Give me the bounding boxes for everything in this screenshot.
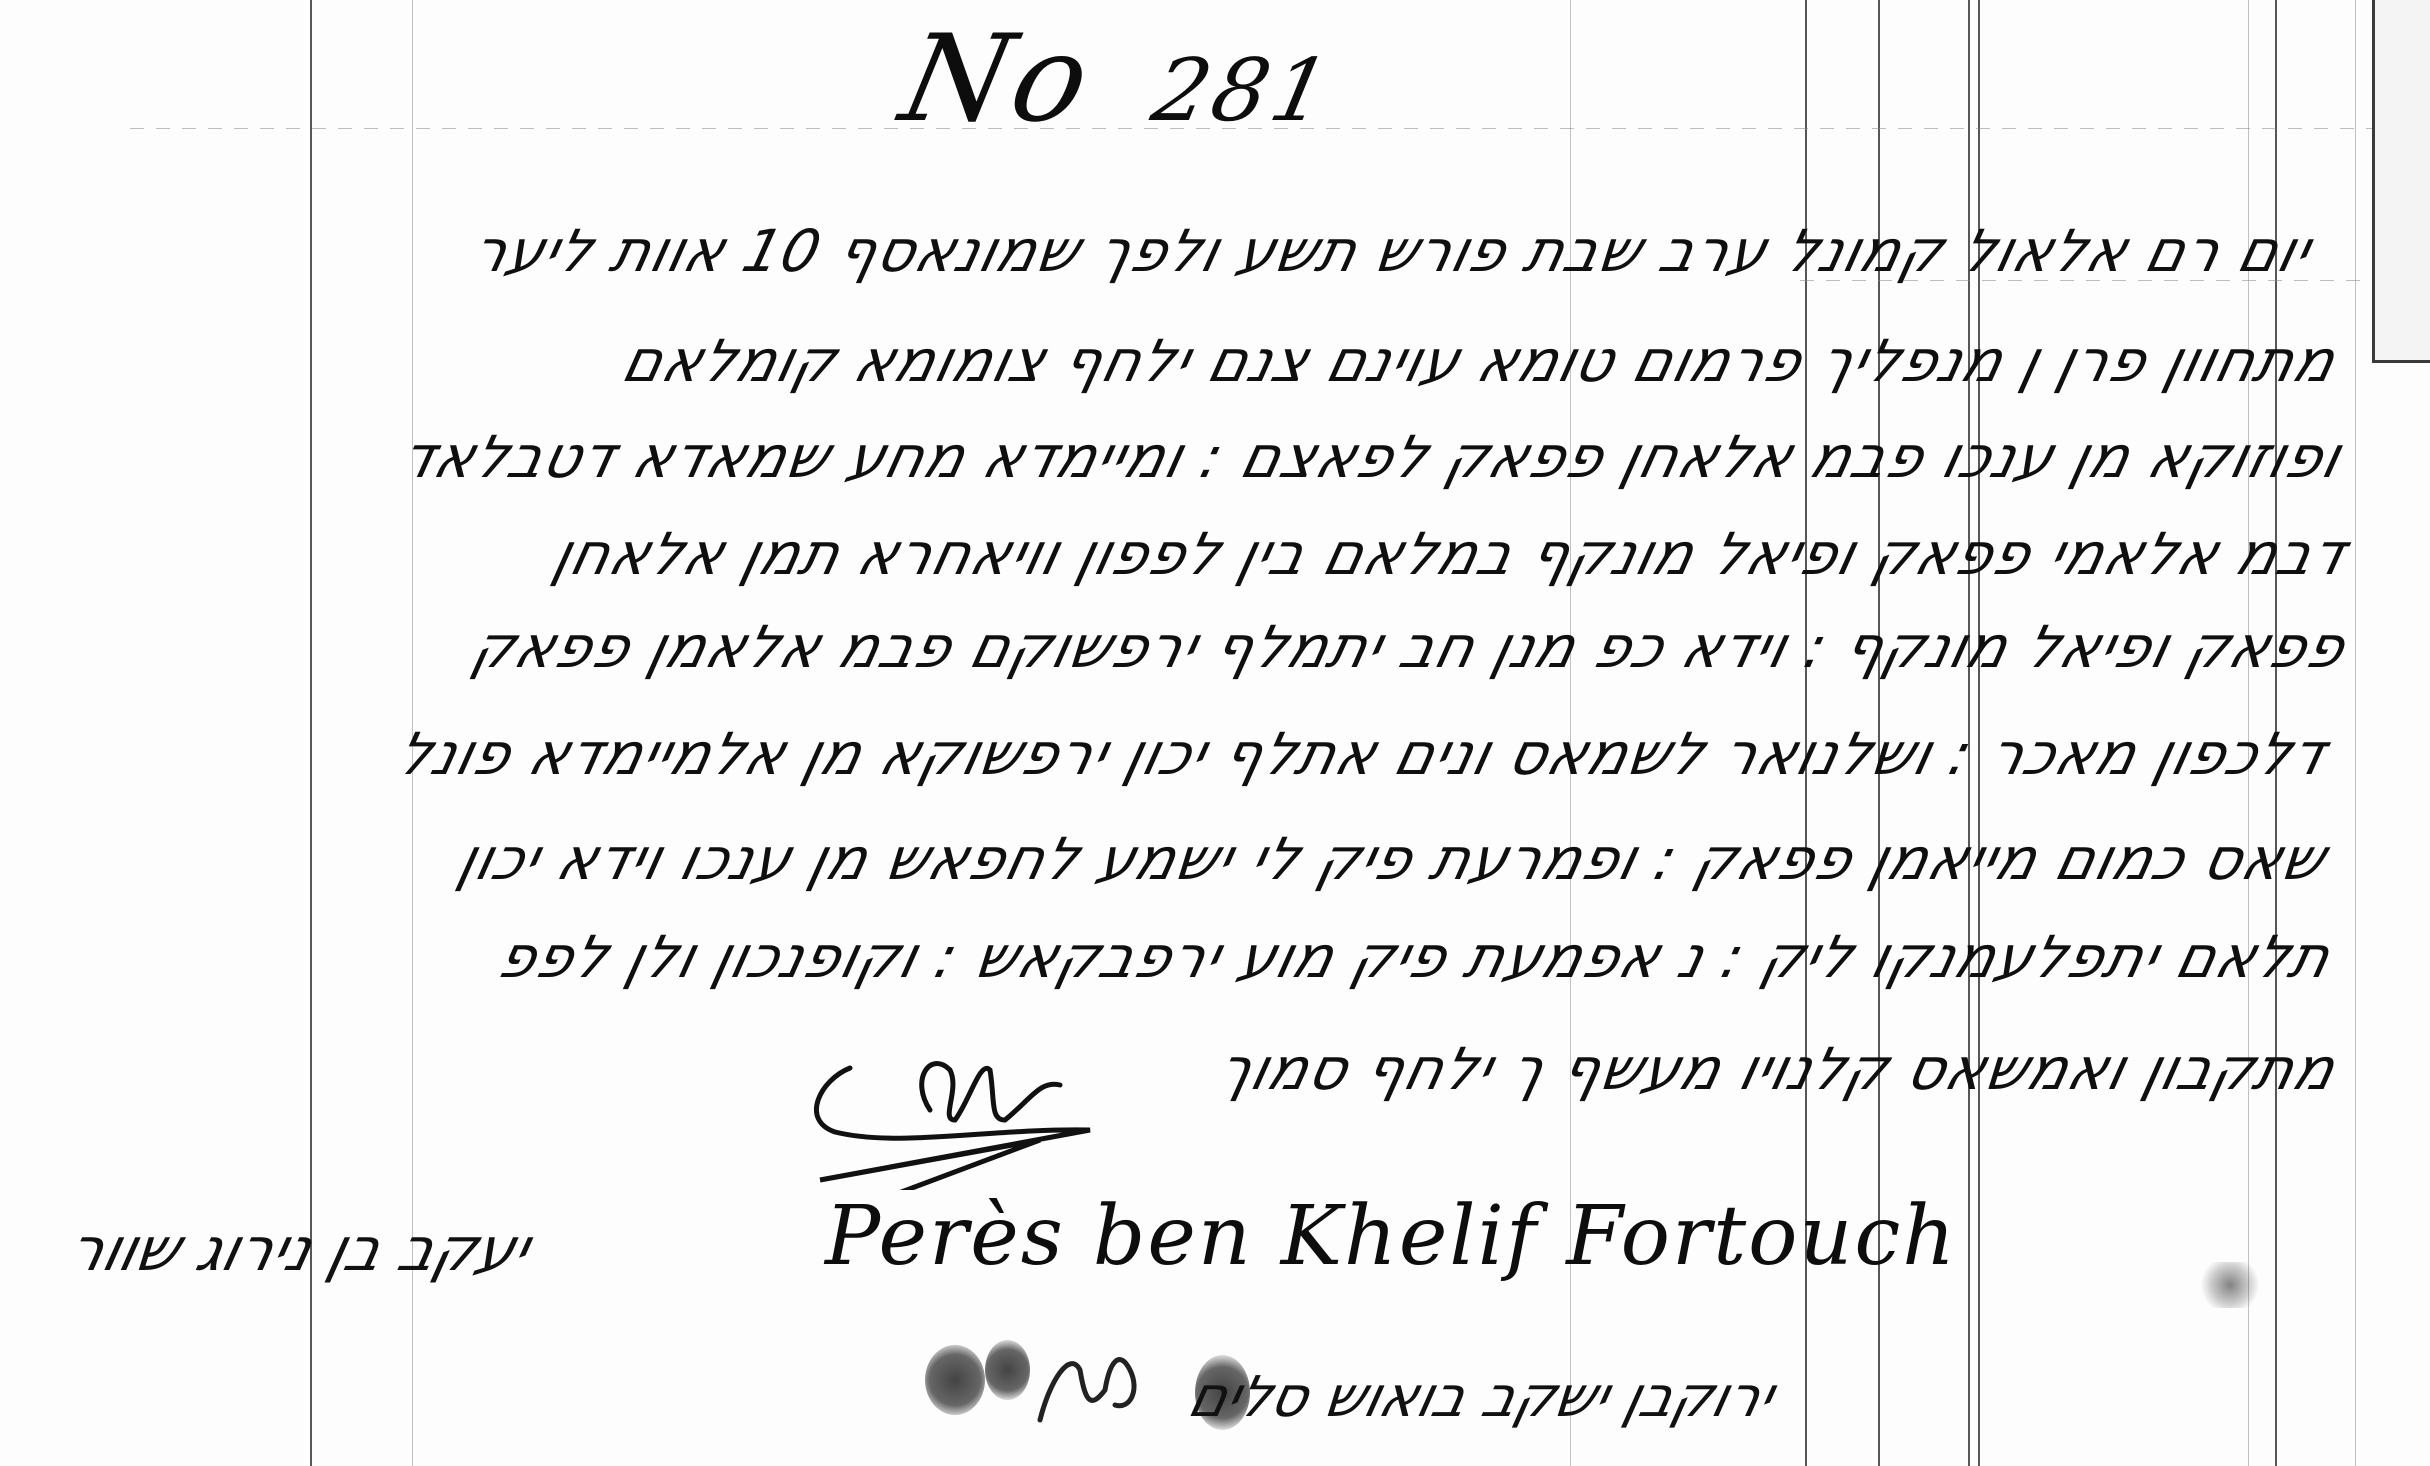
body-line-6: דלכפון מאכר : ושלנואר לשמאס ונים אתלף יכ…	[392, 725, 2332, 783]
body-line-8: תלאם יתפלעמנקו ליק : נ אפמעת פיק מוע ירפ…	[493, 928, 2337, 986]
body-line-7: שאס כמום מייאמן פפאק : ופמרעת פיק לי ישמ…	[453, 830, 2332, 888]
document-number: No 281	[892, 20, 1346, 140]
scanned-document-page: No 281 יום רם אלאול קמונל ערב שבת פורש ת…	[0, 0, 2430, 1466]
body-line-3: ופוזוקא מן ענכו פבמ אלאחן פפאק לפאצם : ו…	[396, 428, 2348, 486]
signature-hebrew-bottom: ירוקבן ישקב בואוש סלים	[1182, 1365, 1781, 1430]
signature-hebrew-left: יעקב בן נירוג שוור	[61, 1215, 536, 1285]
ink-blot	[925, 1345, 985, 1415]
number-prefix: No	[890, 10, 1105, 149]
body-line-4: דבמ אלאמי פפאק ופיאל מונקף במלאם בין לפפ…	[547, 525, 2352, 583]
body-line-1: יום רם אלאול קמונל ערב שבת פורש תשע ולפך…	[467, 222, 2317, 280]
ink-blot	[985, 1340, 1030, 1400]
body-line-5: פפאק ופיאל מונקף : וידא כפ מנן חב יתמלף …	[467, 618, 2352, 676]
signature-latin-name: Perès ben Khelif Fortouch	[825, 1196, 1957, 1278]
signature-flourish	[790, 1040, 1150, 1190]
body-line-2: מתחוון פרן ן מנפליך פרמום טומא עוינם צנם…	[617, 332, 2342, 390]
bottom-signature-mark	[1030, 1330, 1150, 1440]
rule-line-vertical	[2355, 0, 2356, 1466]
body-line-9: מתקבון ואמשאס קלנויו מעשף ך ילחף סמוך	[1213, 1040, 2342, 1098]
number-value: 281	[1144, 41, 1341, 141]
torn-paper-edge	[2372, 0, 2430, 363]
paper-smudge	[2195, 1262, 2265, 1308]
